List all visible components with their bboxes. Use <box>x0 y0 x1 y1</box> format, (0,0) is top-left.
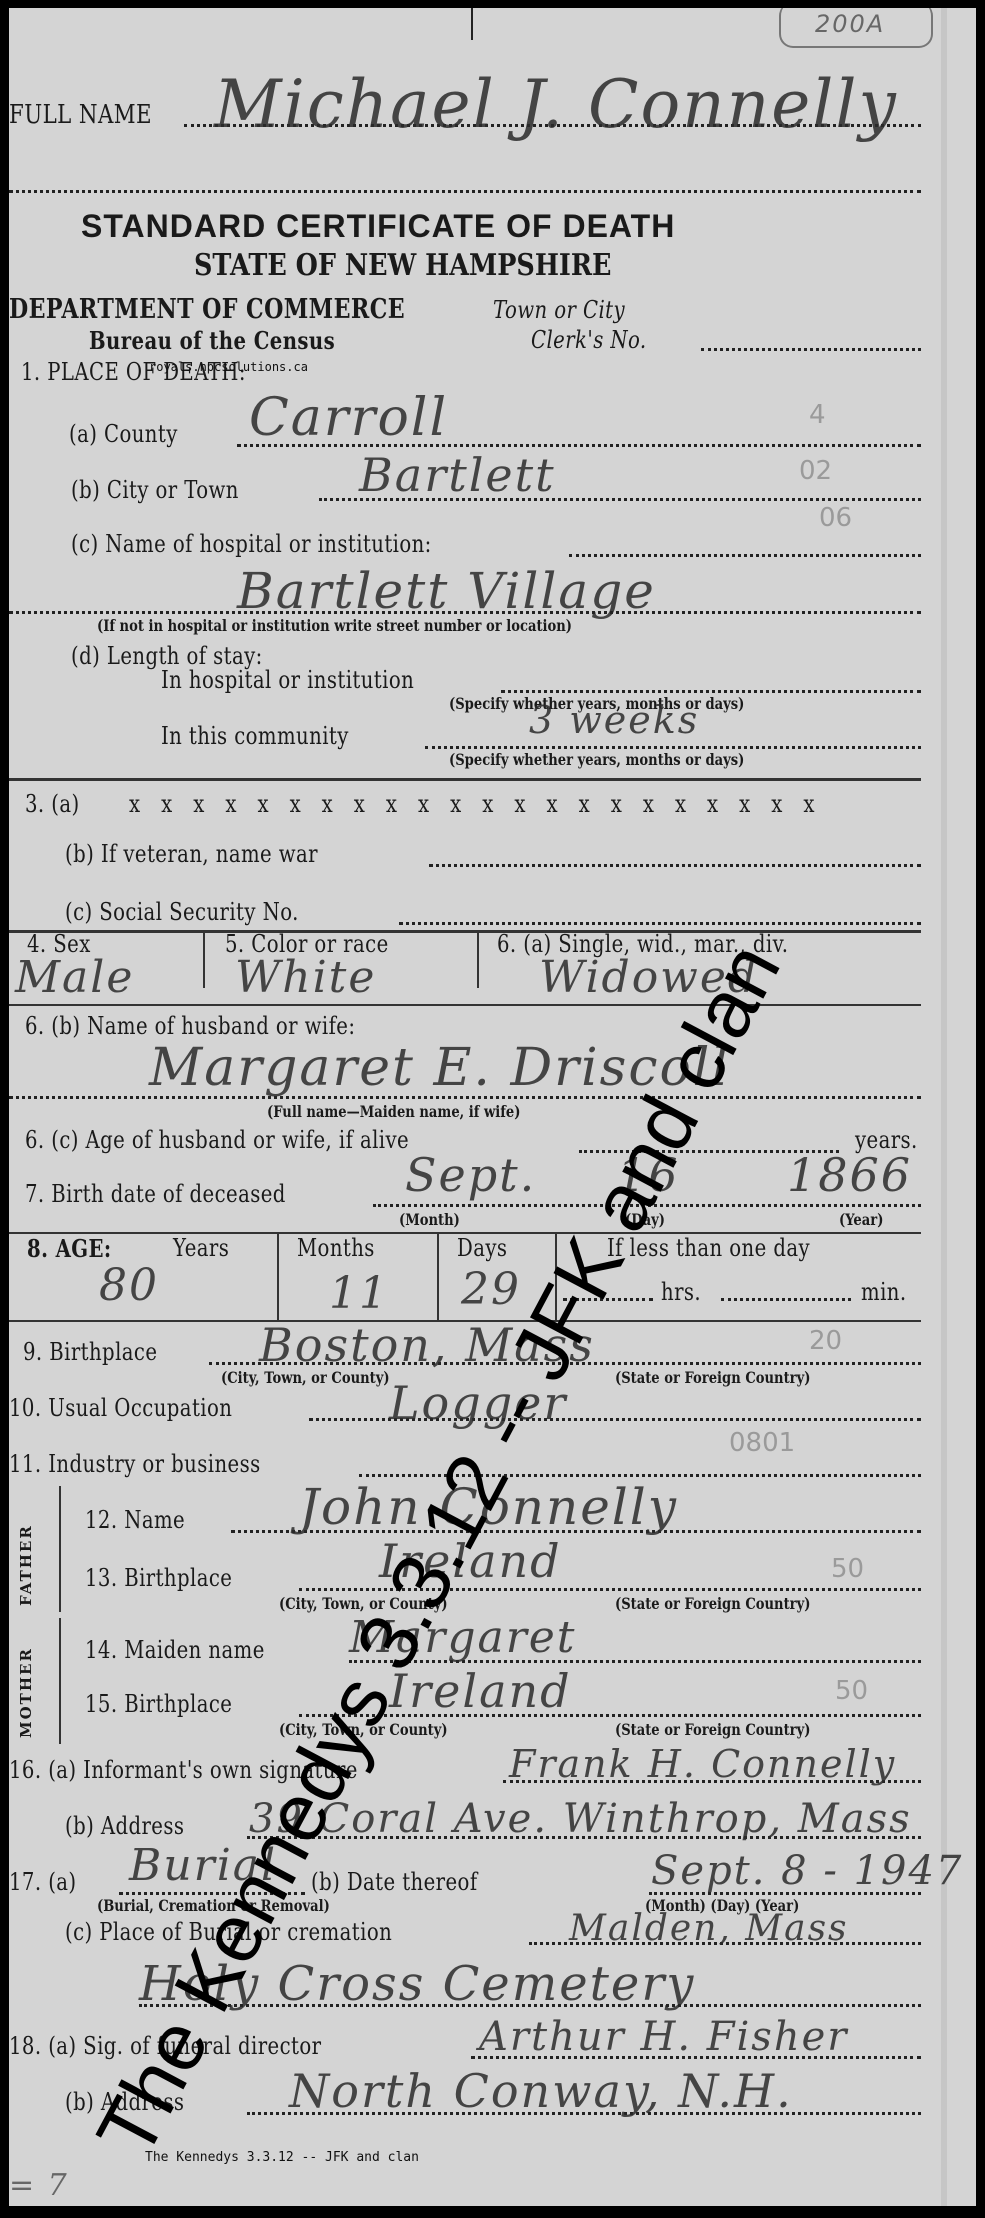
county-label: (a) County <box>69 420 178 448</box>
city-town-label: (b) City or Town <box>71 476 239 504</box>
age-months-value: 11 <box>329 1268 389 1319</box>
industry-label: 11. Industry or business <box>9 1450 261 1478</box>
race-value: White <box>235 952 376 1003</box>
bureau-label: Bureau of the Census <box>89 326 335 355</box>
birthplace-code: 20 <box>809 1326 842 1356</box>
full-name-value: Michael J. Connelly <box>214 66 898 143</box>
stay-hospital-line <box>501 690 921 693</box>
burial-date-value: Sept. 8 - 1947 <box>651 1848 963 1894</box>
veteran-line <box>429 864 921 867</box>
city-town-code-2: 06 <box>819 503 852 533</box>
funeral-director-address-value: North Conway, N.H. <box>289 2064 793 2118</box>
city-town-code: 02 <box>799 456 832 486</box>
burial-place-line-2 <box>139 2004 921 2007</box>
full-name-label: FULL NAME <box>9 100 152 130</box>
stay-hospital-label: In hospital or institution <box>161 666 414 694</box>
age-months-label: Months <box>297 1234 375 1262</box>
footer-caption: The Kennedys 3.3.12 -- JFK and clan <box>145 2150 419 2165</box>
divider-years-months <box>277 1234 279 1320</box>
age-days-value: 29 <box>461 1264 521 1315</box>
mother-side-label: MOTHER <box>17 1647 35 1738</box>
clerk-no-label: Clerk's No. <box>531 326 647 354</box>
stay-community-hint: (Specify whether years, months or days) <box>449 750 744 769</box>
birthplace-state-hint: (State or Foreign Country) <box>615 1368 810 1387</box>
mother-birthplace-label: 15. Birthplace <box>85 1690 232 1718</box>
birth-month-value: Sept. <box>405 1148 536 1202</box>
funeral-director-value: Arthur H. Fisher <box>479 2014 848 2060</box>
social-security-line <box>399 922 921 925</box>
town-city-label: Town or City <box>493 296 625 324</box>
burial-a-label: 17. (a) <box>9 1868 77 1896</box>
burial-date-label: (b) Date thereof <box>311 1868 478 1896</box>
social-security-label: (c) Social Security No. <box>65 898 299 926</box>
age-label: 8. AGE: <box>27 1234 112 1263</box>
birth-month-hint: (Month) <box>399 1210 460 1229</box>
county-value: Carroll <box>249 388 448 448</box>
age-years-value: 80 <box>99 1260 159 1311</box>
father-side-label: FATHER <box>17 1524 35 1606</box>
birth-year-hint: (Year) <box>839 1210 883 1229</box>
hrs-label: hrs. <box>661 1278 701 1306</box>
mother-name-label: 14. Maiden name <box>85 1636 265 1664</box>
father-name-label: 12. Name <box>85 1506 185 1534</box>
birthplace-city-hint: (City, Town, or County) <box>221 1368 390 1387</box>
stay-community-line <box>425 746 921 749</box>
source-watermark: royals.npcsolutions.ca <box>149 360 308 374</box>
veteran-label: (b) If veteran, name war <box>65 840 318 868</box>
divider-race-marital <box>477 932 479 988</box>
birth-date-label: 7. Birth date of deceased <box>25 1180 286 1208</box>
father-code: 50 <box>831 1554 864 1584</box>
age-days-label: Days <box>457 1234 507 1262</box>
section-3a-label: 3. (a) <box>25 790 80 818</box>
father-bracket <box>59 1486 61 1612</box>
occupation-code: 0801 <box>729 1428 795 1458</box>
clerk-no-line <box>701 348 921 351</box>
father-birthplace-label: 13. Birthplace <box>85 1564 232 1592</box>
min-line <box>721 1298 851 1301</box>
informant-address-label: (b) Address <box>65 1812 184 1840</box>
burial-place-value: Malden, Mass <box>569 1908 849 1949</box>
divider-sex-race <box>203 932 205 988</box>
mother-bracket <box>59 1618 61 1744</box>
spouse-hint: (Full name—Maiden name, if wife) <box>267 1102 520 1121</box>
stay-community-label: In this community <box>161 722 349 750</box>
section-divider-1 <box>9 778 921 781</box>
informant-signature-value: Frank H. Connelly <box>509 1742 896 1786</box>
father-state-hint: (State or Foreign Country) <box>615 1594 810 1613</box>
top-pencil-mark <box>471 8 473 40</box>
section-divider-3 <box>9 1004 921 1006</box>
spouse-age-label: 6. (c) Age of husband or wife, if alive <box>25 1126 409 1154</box>
city-town-value: Bartlett <box>359 448 556 502</box>
mother-code: 50 <box>835 1676 868 1706</box>
min-label: min. <box>861 1278 907 1306</box>
stay-community-value: 3 weeks <box>529 698 699 742</box>
occupation-label: 10. Usual Occupation <box>9 1394 232 1422</box>
hospital-line <box>569 554 921 557</box>
spouse-label: 6. (b) Name of husband or wife: <box>25 1012 355 1040</box>
spouse-line <box>9 1096 921 1099</box>
birthplace-label: 9. Birthplace <box>23 1338 157 1366</box>
divider-months-days <box>437 1234 439 1320</box>
birth-year-value: 1866 <box>787 1148 912 1202</box>
hospital-hint: (If not in hospital or institution write… <box>97 616 572 635</box>
death-certificate: 200A FULL NAME Michael J. Connelly STAND… <box>9 8 976 2206</box>
department-label: DEPARTMENT OF COMMERCE <box>9 294 405 325</box>
full-name-line-2 <box>9 190 921 193</box>
margin-note: = 7 <box>9 2168 69 2203</box>
stamp-number: 200A <box>815 10 885 38</box>
section-3a-marks: x x x x x x x x x x x x x x x x x x x x … <box>129 790 822 818</box>
hospital-line-2 <box>9 611 921 614</box>
hospital-label: (c) Name of hospital or institution: <box>71 530 432 558</box>
state-title: STATE OF NEW HAMPSHIRE <box>194 248 611 283</box>
county-code: 4 <box>809 400 826 430</box>
sex-value: Male <box>15 952 134 1003</box>
mother-state-hint: (State or Foreign Country) <box>615 1720 810 1739</box>
certificate-title: STANDARD CERTIFICATE OF DEATH <box>81 208 675 245</box>
age-years-label: Years <box>173 1234 229 1262</box>
